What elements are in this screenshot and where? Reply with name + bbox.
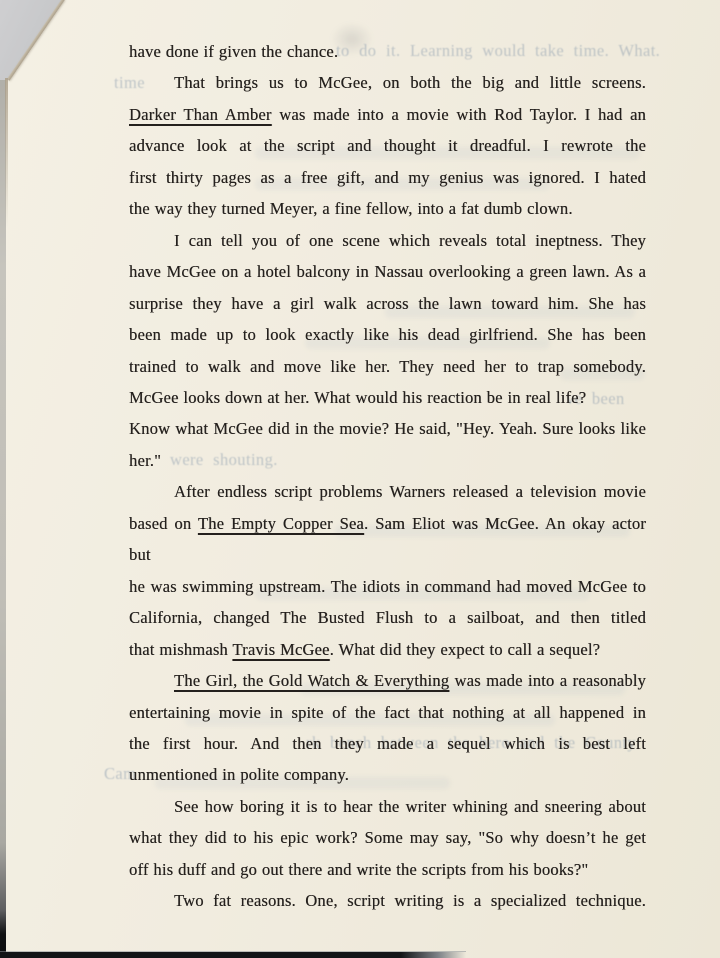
document-line: surprise they have a girl walk across th… <box>129 288 646 319</box>
document-line: trained to walk and move like her. They … <box>129 351 646 382</box>
document-line: the first hour. And then they made a seq… <box>129 728 646 759</box>
scanned-document-page: { "page": { "kind": "scanned typewritten… <box>0 0 720 958</box>
underlined-book-title: The Girl, the Gold Watch & Everything <box>174 671 449 690</box>
text-segment: unmentioned in polite company. <box>129 765 349 784</box>
typewritten-text: have done if given the chance.That bring… <box>129 36 646 917</box>
document-line: Two fat reasons. One, script writing is … <box>129 885 646 916</box>
document-line: the way they turned Meyer, a fine fellow… <box>129 193 646 224</box>
document-line: first thirty pages as a free gift, and m… <box>129 162 646 193</box>
text-segment: California, changed The Busted Flush to … <box>129 608 646 627</box>
document-line: The Girl, the Gold Watch & Everything wa… <box>129 665 646 696</box>
text-segment: See how boring it is to hear the writer … <box>174 797 646 816</box>
text-segment: off his duff and go out there and write … <box>129 860 588 879</box>
text-segment: was made into a reasonably <box>449 671 646 690</box>
underlined-book-title: Travis McGee <box>232 640 329 659</box>
text-segment: advance look at the script and thought i… <box>129 136 646 155</box>
text-segment: her." <box>129 451 161 470</box>
text-segment: that mishmash <box>129 640 232 659</box>
document-line: See how boring it is to hear the writer … <box>129 791 646 822</box>
text-segment: McGee looks down at her. What would his … <box>129 388 586 407</box>
text-segment: surprise they have a girl walk across th… <box>129 294 646 313</box>
document-line: McGee looks down at her. What would his … <box>129 382 646 413</box>
document-line: California, changed The Busted Flush to … <box>129 602 646 633</box>
text-segment: After endless script problems Warners re… <box>174 482 646 501</box>
text-segment: been made up to look exactly like his de… <box>129 325 646 344</box>
underlined-book-title: Darker Than Amber <box>129 105 272 124</box>
underlined-book-title: The Empty Copper Sea <box>198 514 364 533</box>
text-segment: have McGee on a hotel balcony in Nassau … <box>129 262 646 281</box>
document-line: that mishmash Travis McGee. What did the… <box>129 634 646 665</box>
text-segment: first thirty pages as a free gift, and m… <box>129 168 646 187</box>
document-line: I can tell you of one scene which reveal… <box>129 225 646 256</box>
text-segment: trained to walk and move like her. They … <box>129 357 646 376</box>
document-line: advance look at the script and thought i… <box>129 130 646 161</box>
document-line: entertaining movie in spite of the fact … <box>129 697 646 728</box>
text-segment: That brings us to McGee, on both the big… <box>174 73 646 92</box>
document-line: her." <box>129 445 646 476</box>
document-line: unmentioned in polite company. <box>129 759 646 790</box>
document-line: After endless script problems Warners re… <box>129 476 646 507</box>
text-segment: he was swimming upstream. The idiots in … <box>129 577 646 596</box>
text-segment: Two fat reasons. One, script writing is … <box>174 891 646 910</box>
text-segment: I can tell you of one scene which reveal… <box>174 231 646 250</box>
document-line: Know what McGee did in the movie? He sai… <box>129 413 646 444</box>
document-line: what they did to his epic work? Some may… <box>129 822 646 853</box>
text-segment: was made into a movie with Rod Taylor. I… <box>272 105 646 124</box>
document-line: off his duff and go out there and write … <box>129 854 646 885</box>
text-segment: have done if given the chance. <box>129 42 338 61</box>
document-line: have done if given the chance. <box>129 36 646 67</box>
text-segment: what they did to his epic work? Some may… <box>129 828 646 847</box>
scan-surface: to do it. Learning would take time. What… <box>0 0 720 958</box>
document-line: That brings us to McGee, on both the big… <box>129 67 646 98</box>
page-corner-edge-shadow <box>5 78 8 228</box>
document-line: have McGee on a hotel balcony in Nassau … <box>129 256 646 287</box>
scan-bottom-shadow <box>0 952 466 958</box>
text-segment: entertaining movie in spite of the fact … <box>129 703 646 722</box>
text-segment: Know what McGee did in the movie? He sai… <box>129 419 646 438</box>
document-line: been made up to look exactly like his de… <box>129 319 646 350</box>
text-segment: the first hour. And then they made a seq… <box>129 734 646 753</box>
document-line: based on The Empty Copper Sea. Sam Eliot… <box>129 508 646 571</box>
text-segment: the way they turned Meyer, a fine fellow… <box>129 199 573 218</box>
document-line: he was swimming upstream. The idiots in … <box>129 571 646 602</box>
document-line: Darker Than Amber was made into a movie … <box>129 99 646 130</box>
text-segment: based on <box>129 514 198 533</box>
text-segment: . What did they expect to call a sequel? <box>330 640 601 659</box>
